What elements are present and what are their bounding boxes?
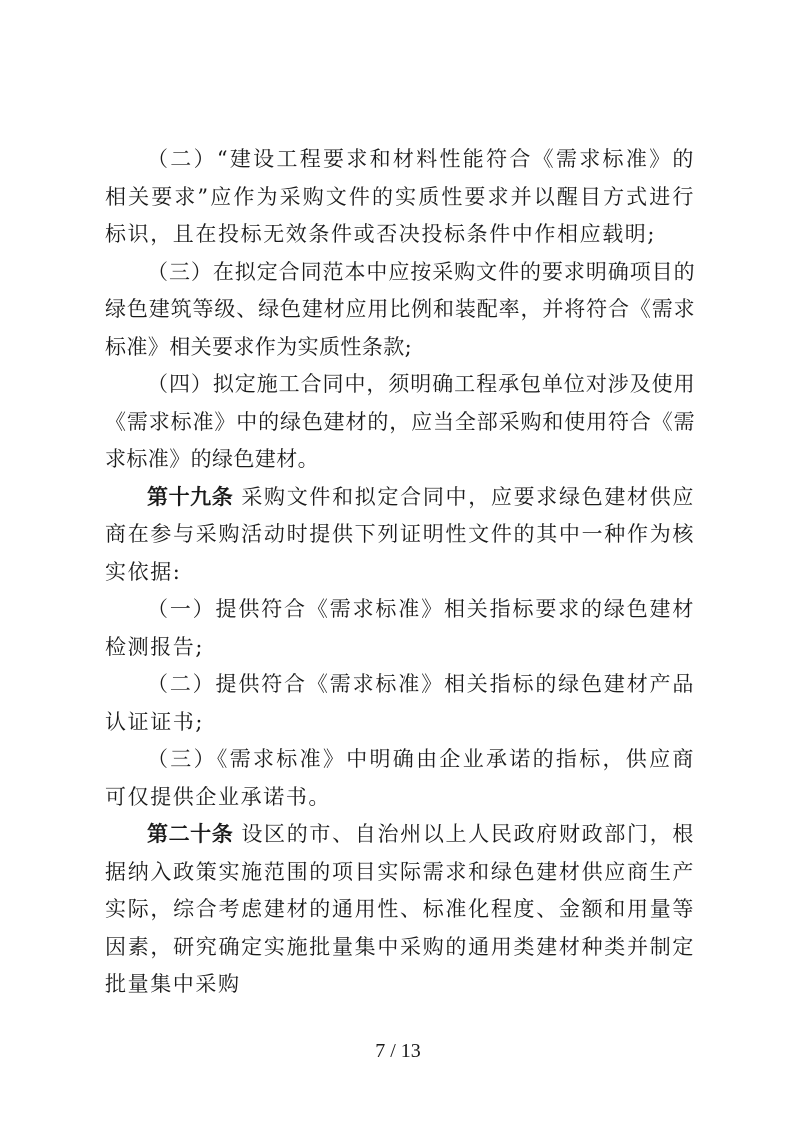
- paragraph-text: 设区的市、自治州以上人民政府财政部门，根据纳入政策实施范围的项目实际需求和绿色建…: [105, 822, 695, 996]
- article-heading: 第十九条: [147, 485, 233, 509]
- paragraph-item-2: （二）“建设工程要求和材料性能符合《需求标准》的相关要求”应作为采购文件的实质性…: [105, 141, 695, 254]
- paragraph-text: （二）提供符合《需求标准》相关指标的绿色建材产品认证证书;: [105, 672, 695, 734]
- paragraph-text: （四）拟定施工合同中，须明确工程承包单位对涉及使用《需求标准》中的绿色建材的，应…: [105, 372, 695, 471]
- paragraph-item-3: （三）在拟定合同范本中应按采购文件的要求明确项目的绿色建筑等级、绿色建材应用比例…: [105, 254, 695, 367]
- paragraph-article-20: 第二十条设区的市、自治州以上人民政府财政部门，根据纳入政策实施范围的项目实际需求…: [105, 816, 695, 1004]
- paragraph-article-19-item-2: （二）提供符合《需求标准》相关指标的绿色建材产品认证证书;: [105, 666, 695, 741]
- page-number: 7 / 13: [0, 1040, 796, 1063]
- paragraph-article-19-item-1: （一）提供符合《需求标准》相关指标要求的绿色建材检测报告;: [105, 591, 695, 666]
- paragraph-text: （二）“建设工程要求和材料性能符合《需求标准》的相关要求”应作为采购文件的实质性…: [105, 147, 695, 246]
- paragraph-text: （三）《需求标准》中明确由企业承诺的指标，供应商可仅提供企业承诺书。: [105, 747, 695, 809]
- paragraph-article-19: 第十九条采购文件和拟定合同中，应要求绿色建材供应商在参与采购活动时提供下列证明性…: [105, 479, 695, 592]
- paragraph-text: （一）提供符合《需求标准》相关指标要求的绿色建材检测报告;: [105, 597, 695, 659]
- paragraph-item-4: （四）拟定施工合同中，须明确工程承包单位对涉及使用《需求标准》中的绿色建材的，应…: [105, 366, 695, 479]
- document-body: （二）“建设工程要求和材料性能符合《需求标准》的相关要求”应作为采购文件的实质性…: [105, 141, 695, 1004]
- paragraph-text: （三）在拟定合同范本中应按采购文件的要求明确项目的绿色建筑等级、绿色建材应用比例…: [105, 260, 695, 359]
- paragraph-article-19-item-3: （三）《需求标准》中明确由企业承诺的指标，供应商可仅提供企业承诺书。: [105, 741, 695, 816]
- document-page: （二）“建设工程要求和材料性能符合《需求标准》的相关要求”应作为采购文件的实质性…: [0, 0, 796, 1127]
- article-heading: 第二十条: [147, 822, 233, 846]
